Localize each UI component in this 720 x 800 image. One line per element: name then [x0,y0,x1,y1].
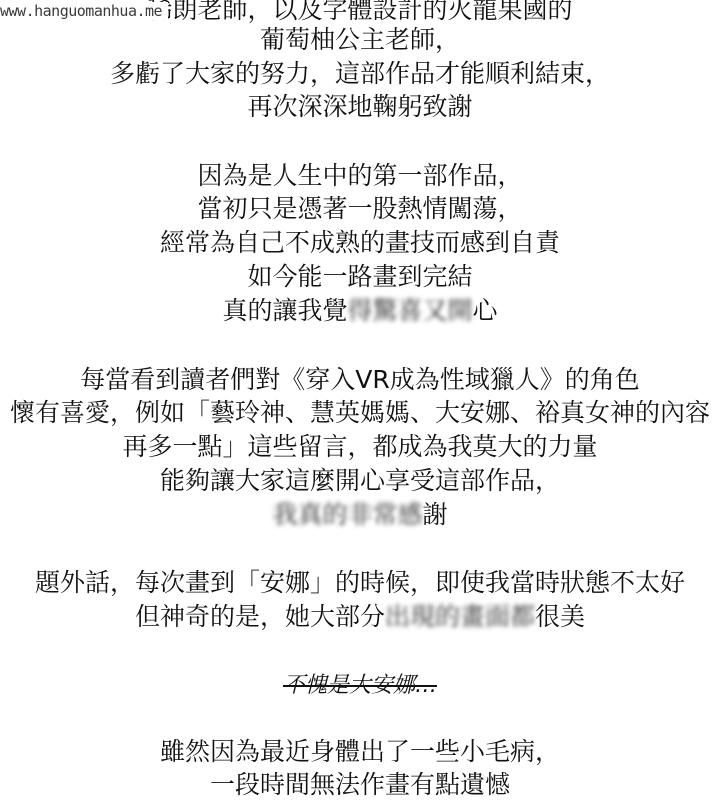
text-line: 一段時間無法作畫有點遺憾 [0,769,720,800]
text-segment: 但神奇的是，她大部分 [135,602,385,631]
text-line: 經常為自己不成熟的畫技而感到自責 [0,227,720,259]
text-line: 葡萄柚公主老師， [0,24,720,56]
text-line-partially-blurred: 但神奇的是，她大部分出現的畫面都很美 [0,601,720,633]
blurred-text-segment: 我真的非常感 [272,500,422,529]
text-segment: 很美 [535,602,585,631]
text-line: 當初只是憑著一股熱情闖蕩， [0,193,720,225]
text-line: 懷有喜愛，例如「藝玲神、慧英媽媽、大安娜、裕真女神的內容 [0,397,720,429]
site-watermark: www.hanguomanhua.me [0,2,168,20]
text-line: 因為是人生中的第一部作品， [0,160,720,192]
text-segment: 心 [473,296,498,325]
strikethrough-aside: 不愧是大安娜… [0,670,720,702]
text-line-partially-blurred: 真的讓我覺得驚喜又開心 [0,295,720,327]
text-line: 能夠讓大家這麼開心享受這部作品， [0,465,720,497]
blurred-text-segment: 得驚喜又開 [347,296,472,325]
text-line: 題外話，每次畫到「安娜」的時候，即使我當時狀態不太好 [0,567,720,599]
text-segment: 謝 [423,500,448,529]
afterword-page: 稀朗老師，以及字體設計的火龍果國的 葡萄柚公主老師， 多虧了大家的努力，這部作品… [0,0,720,800]
text-line-partially-blurred: 我真的非常感謝 [0,499,720,531]
text-line: 如今能一路畫到完結 [0,261,720,293]
text-line: 再次深深地鞠躬致謝 [0,91,720,123]
text-line: 雖然因為最近身體出了一些小毛病， [0,736,720,768]
blurred-text-segment: 出現的畫面都 [385,602,535,631]
text-line: 每當看到讀者們對《穿入VR成為性域獵人》的角色 [0,364,720,396]
text-line: 多虧了大家的努力，這部作品才能順利結束， [0,58,720,90]
text-line: 再多一點」這些留言，都成為我莫大的力量 [0,431,720,463]
text-segment: 真的讓我覺 [222,296,347,325]
